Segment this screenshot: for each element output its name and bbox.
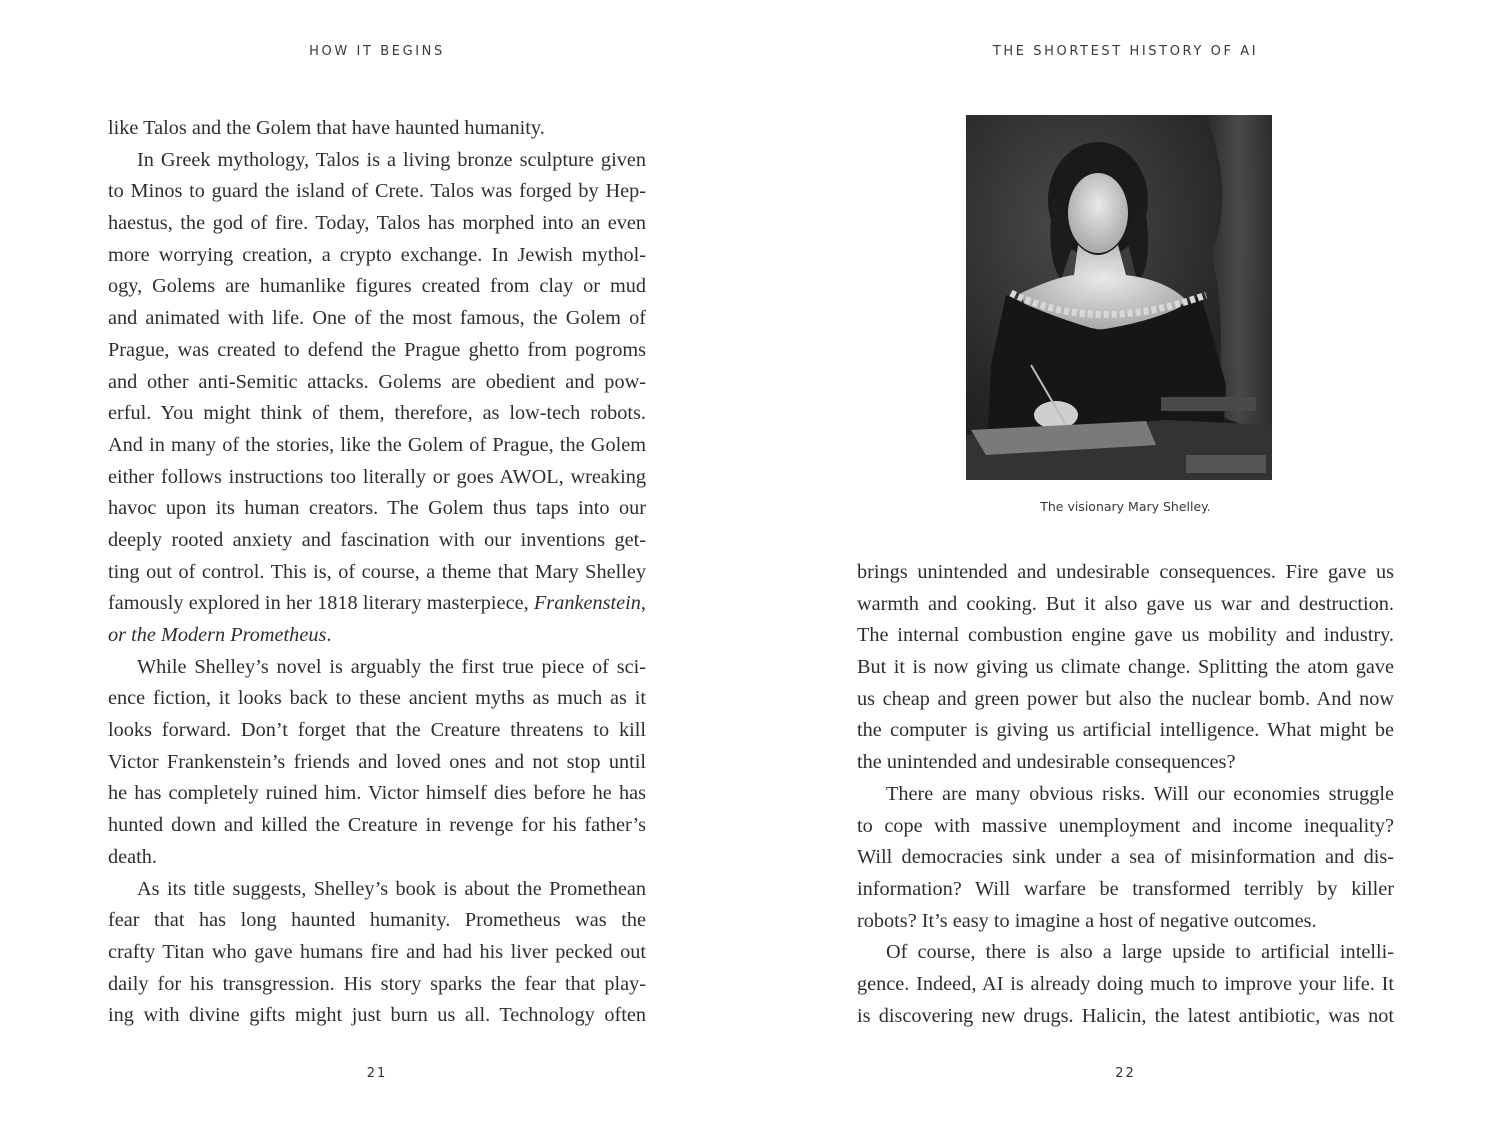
text-line: ence fiction, it looks back to these anc… <box>108 683 646 715</box>
page-number-left: 21 <box>108 1066 646 1081</box>
page-number-right: 22 <box>857 1066 1394 1081</box>
left-page-body-text: like Talos and the Golem that have haunt… <box>108 113 646 1032</box>
text-line: The internal combustion engine gave us m… <box>857 620 1394 652</box>
right-page-body-text: brings unintended and undesirable conseq… <box>857 557 1394 1032</box>
text-line: Victor Frankenstein’s friends and loved … <box>108 747 646 779</box>
text-line: fear that has long haunted humanity. Pro… <box>108 905 646 937</box>
text-line: erful. You might think of them, therefor… <box>108 398 646 430</box>
text-line: brings unintended and undesirable conseq… <box>857 557 1394 589</box>
text-line: more worrying creation, a crypto exchang… <box>108 240 646 272</box>
text-line: Of course, there is also a large upside … <box>857 937 1394 969</box>
running-head-right: THE SHORTEST HISTORY OF AI <box>857 44 1394 59</box>
text-line: havoc upon its human creators. The Golem… <box>108 493 646 525</box>
portrait-mary-shelley-image <box>966 115 1272 480</box>
text-line: As its title suggests, Shelley’s book is… <box>108 874 646 906</box>
text-line: There are many obvious risks. Will our e… <box>857 779 1394 811</box>
text-line: is discovering new drugs. Halicin, the l… <box>857 1001 1394 1033</box>
text-line: looks forward. Don’t forget that the Cre… <box>108 715 646 747</box>
portrait-figure <box>966 115 1272 480</box>
text-line: deeply rooted anxiety and fascination wi… <box>108 525 646 557</box>
text-line: information? Will warfare be transformed… <box>857 874 1394 906</box>
text-line: crafty Titan who gave humans fire and ha… <box>108 937 646 969</box>
text-line: Will democracies sink under a sea of mis… <box>857 842 1394 874</box>
text-line: While Shelley’s novel is arguably the fi… <box>108 652 646 684</box>
text-line: ogy, Golems are humanlike figures create… <box>108 271 646 303</box>
text-line: the unintended and undesirable consequen… <box>857 747 1394 779</box>
text-line: he has completely ruined him. Victor him… <box>108 778 646 810</box>
text-line: ting out of control. This is, of course,… <box>108 557 646 589</box>
italic-title: or the Modern Prometheus <box>108 624 326 646</box>
text-line: famously explored in her 1818 literary m… <box>108 588 646 620</box>
text-line: In Greek mythology, Talos is a living br… <box>108 145 646 177</box>
text-line: And in many of the stories, like the Gol… <box>108 430 646 462</box>
text-line: hunted down and killed the Creature in r… <box>108 810 646 842</box>
text-line: Prague, was created to defend the Prague… <box>108 335 646 367</box>
text-line: and other anti-Semitic attacks. Golems a… <box>108 367 646 399</box>
text-line: to cope with massive unemployment and in… <box>857 811 1394 843</box>
text-line: and animated with life. One of the most … <box>108 303 646 335</box>
text-line: haestus, the god of fire. Today, Talos h… <box>108 208 646 240</box>
text-line: gence. Indeed, AI is already doing much … <box>857 969 1394 1001</box>
text-line: the computer is giving us artificial int… <box>857 715 1394 747</box>
text-line: ing with divine gifts might just burn us… <box>108 1000 646 1032</box>
italic-title: Frankenstein, <box>534 592 646 614</box>
text-line: daily for his transgression. His story s… <box>108 969 646 1001</box>
text-line: warmth and cooking. But it also gave us … <box>857 589 1394 621</box>
text-line: to Minos to guard the island of Crete. T… <box>108 176 646 208</box>
running-head-left: HOW IT BEGINS <box>108 44 646 59</box>
text-line: either follows instructions too literall… <box>108 462 646 494</box>
text-line: or the Modern Prometheus. <box>108 620 646 652</box>
figure-caption: The visionary Mary Shelley. <box>857 499 1394 514</box>
text-line: us cheap and green power but also the nu… <box>857 684 1394 716</box>
text-line: death. <box>108 842 646 874</box>
text-line: robots? It’s easy to imagine a host of n… <box>857 906 1394 938</box>
text-line: like Talos and the Golem that have haunt… <box>108 113 646 145</box>
text-line: But it is now giving us climate change. … <box>857 652 1394 684</box>
